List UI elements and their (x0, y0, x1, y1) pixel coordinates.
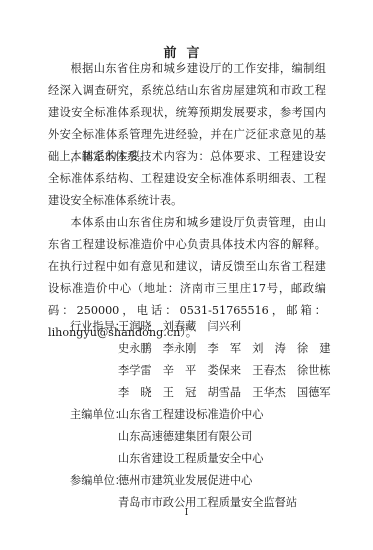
chief-editor-row: 山东高速德建集团有限公司 (118, 428, 252, 444)
document-page: 前言 根据山东省住房和城乡建设厅的工作安排，编制组经深入调查研究，系统总结山东省… (0, 0, 373, 550)
guidance-row: 李学雷 辛 平 娄保来 王春杰 徐世栋 (118, 362, 331, 378)
guidance-row: 李 晓 王 冠 胡雪晶 王华杰 国德军 (118, 384, 331, 400)
guidance-row: 王润晓 刘春藏 闫兴利 (118, 318, 241, 334)
chief-editor-row: 山东省建设工程质量安全中心 (118, 450, 263, 466)
page-number: I (0, 508, 373, 518)
participating-editor-row: 德州市建筑业发展促进中心 (118, 472, 252, 488)
paragraph-content: 本体系的主要技术内容为：总体要求、工程建设安全标准体系结构、工程建设安全标准体系… (48, 146, 326, 212)
guidance-row: 史永鹏 李永刚 李 军 刘 涛 徐 建 (118, 340, 331, 356)
chief-editor-row: 山东省工程建设标准造价中心 (118, 406, 263, 422)
